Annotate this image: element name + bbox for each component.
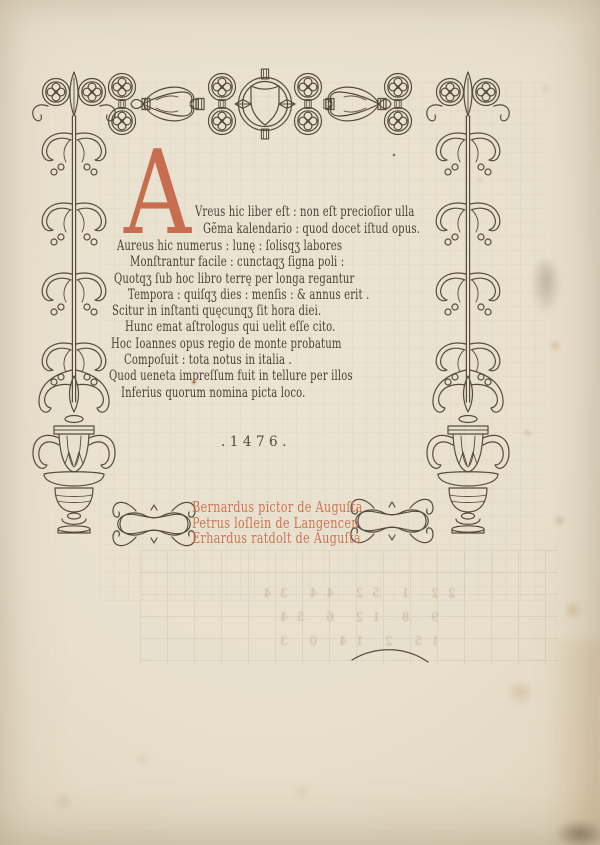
rubricated-initial: A [124, 150, 191, 238]
poem-line: Quod ueneta impreſſum fuit in tellure pe… [109, 368, 353, 384]
colophon-line: Bernardus pictor de Auguſta [192, 500, 363, 516]
poem-line: Scitur in inſtanti quęcunqʒ ſit hora die… [112, 303, 321, 319]
left-knot-ornament [113, 502, 195, 545]
colophon-line: Petrus loſlein de Langencen [192, 516, 359, 532]
poem-line: Hoc Ioannes opus regio de monte probatum [111, 336, 342, 352]
poem-line: Vreus hic liber eſt : non eſt precioſior… [195, 204, 415, 220]
poem-line: Monſtrantur facile : cunctaqʒ ſigna poli… [130, 254, 344, 270]
poem-line: Compoſuit : tota notus in italia . [124, 352, 292, 368]
poem-line: Aureus hic numerus : lunę : ſolisqʒ labo… [117, 238, 342, 254]
left-border-column [33, 72, 115, 533]
imprint-date: .1476. [221, 434, 291, 450]
faint-pencil-arc [352, 650, 428, 662]
colophon-line: Erhardus ratdolt de Auguſta [192, 531, 361, 547]
poem-line: Gẽma kalendario : quod docet iſtud opus. [203, 221, 420, 237]
poem-line: Hunc emat aſtrologus qui uelit eſſe cito… [125, 319, 336, 335]
right-knot-ornament [351, 499, 433, 542]
scanned-page: 22 1 52 44 34 9 8 12 6 54 15 2 14 0 3 [0, 0, 600, 845]
woodcut-border-artwork [0, 0, 600, 845]
ink-speck [393, 154, 396, 157]
poem-line: Quotqʒ ſub hoc libro terrę per longa reg… [114, 271, 355, 287]
poem-line: Inferius quorum nomina picta loco. [121, 385, 306, 401]
poem-line: Tempora : quiſqʒ dies : menſis : & annus… [128, 287, 369, 303]
right-border-column [427, 72, 509, 533]
